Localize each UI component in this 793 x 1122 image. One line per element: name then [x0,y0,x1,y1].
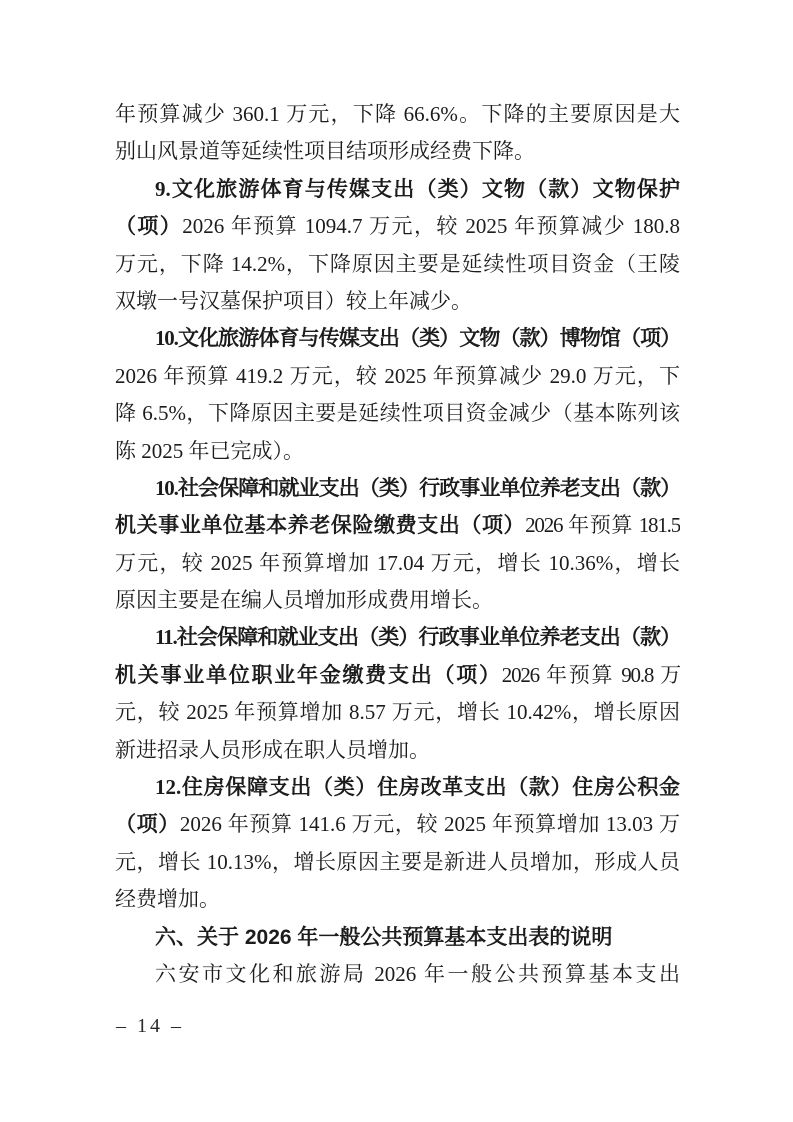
text-segment: 2026 年预算 1094.7 万元，较 2025 年预算减少 180.8 [182,214,680,238]
text-segment: 10.文化旅游体育与传媒支出（类）文物（款）博物馆（项） [155,326,680,350]
text-segment: 别山风景道等延续性项目结项形成经费下降。 [115,139,535,163]
text-segment: 万元，较 2025 年预算增加 17.04 万元，增长 10.36%，增长 [115,551,680,575]
text-segment: 原因主要是在编人员增加形成费用增长。 [115,588,493,612]
text-line: 六安市文化和旅游局 2026 年一般公共预算基本支出 [115,956,680,993]
text-line: 降 6.5%，下降原因主要是延续性项目资金减少（基本陈列该 [115,395,680,432]
text-segment: 2026 年预算 419.2 万元，较 2025 年预算减少 29.0 万元，下 [115,364,680,388]
text-line: （项）2026 年预算 1094.7 万元，较 2025 年预算减少 180.8 [115,208,680,245]
text-line: 9.文化旅游体育与传媒支出（类）文物（款）文物保护 [115,171,680,208]
document-page: 年预算减少 360.1 万元，下降 66.6%。下降的主要原因是大别山风景道等延… [0,0,793,1122]
text-segment: 9.文化旅游体育与传媒支出（类）文物（款）文物保护 [155,177,680,201]
text-line: 新进招录人员形成在职人员增加。 [115,732,680,769]
text-line: 年预算减少 360.1 万元，下降 66.6%。下降的主要原因是大 [115,96,680,133]
text-line: 别山风景道等延续性项目结项形成经费下降。 [115,133,680,170]
text-line: 机关事业单位基本养老保险缴费支出（项）2026 年预算 181.5 [115,507,680,544]
text-line: 万元，较 2025 年预算增加 17.04 万元，增长 10.36%，增长 [115,545,680,582]
text-line: 10.文化旅游体育与传媒支出（类）文物（款）博物馆（项） [115,320,680,357]
text-segment: （项） [115,214,182,238]
text-line: 元，较 2025 年预算增加 8.57 万元，增长 10.42%，增长原因 [115,694,680,731]
text-segment: 2026 年预算 90.8 万 [502,663,680,687]
page-number: – 14 – [116,1015,184,1037]
text-line: 原因主要是在编人员增加形成费用增长。 [115,582,680,619]
text-segment: 元，增长 10.13%，增长原因主要是新进人员增加，形成人员 [115,850,680,874]
text-segment: 新进招录人员形成在职人员增加。 [115,738,430,762]
text-segment: 六安市文化和旅游局 2026 年一般公共预算基本支出 [155,962,680,986]
text-line: 2026 年预算 419.2 万元，较 2025 年预算减少 29.0 万元，下 [115,358,680,395]
text-line: 陈 2025 年已完成）。 [115,433,680,470]
text-line: 11.社会保障和就业支出（类）行政事业单位养老支出（款） [115,619,680,656]
text-line: 双墩一号汉墓保护项目）较上年减少。 [115,283,680,320]
text-segment: 双墩一号汉墓保护项目）较上年减少。 [115,289,472,313]
text-segment: 六、关于 2026 年一般公共预算基本支出表的说明 [155,926,612,949]
text-segment: 机关事业单位基本养老保险缴费支出（项） [115,513,525,537]
text-segment: 降 6.5%，下降原因主要是延续性项目资金减少（基本陈列该 [115,401,680,425]
text-line: 元，增长 10.13%，增长原因主要是新进人员增加，形成人员 [115,844,680,881]
text-segment: 10.社会保障和就业支出（类）行政事业单位养老支出（款） [155,476,680,500]
text-segment: 元，较 2025 年预算增加 8.57 万元，增长 10.42%，增长原因 [115,700,680,724]
page-footer: – 14 – [116,1012,184,1040]
text-segment: 经费增加。 [115,887,220,911]
text-segment: （项） [115,812,180,836]
text-line: 经费增加。 [115,881,680,918]
text-segment: 12.住房保障支出（类）住房改革支出（款）住房公积金 [155,775,680,799]
text-segment: 万元，下降 14.2%，下降原因主要是延续性项目资金（王陵 [115,252,680,276]
text-line: 万元，下降 14.2%，下降原因主要是延续性项目资金（王陵 [115,246,680,283]
text-line: 10.社会保障和就业支出（类）行政事业单位养老支出（款） [115,470,680,507]
document-body: 年预算减少 360.1 万元，下降 66.6%。下降的主要原因是大别山风景道等延… [115,96,680,993]
text-segment: 11.社会保障和就业支出（类）行政事业单位养老支出（款） [155,625,680,649]
text-line: 12.住房保障支出（类）住房改革支出（款）住房公积金 [115,769,680,806]
text-segment: 2026 年预算 141.6 万元，较 2025 年预算增加 13.03 万 [180,812,680,836]
text-segment: 机关事业单位职业年金缴费支出（项） [115,663,502,687]
text-segment: 2026 年预算 181.5 [525,513,680,537]
text-segment: 陈 2025 年已完成）。 [115,439,304,463]
section-heading-line: 六、关于 2026 年一般公共预算基本支出表的说明 [115,919,680,956]
text-line: 机关事业单位职业年金缴费支出（项）2026 年预算 90.8 万 [115,657,680,694]
text-line: （项）2026 年预算 141.6 万元，较 2025 年预算增加 13.03 … [115,806,680,843]
text-segment: 年预算减少 360.1 万元，下降 66.6%。下降的主要原因是大 [115,102,680,126]
